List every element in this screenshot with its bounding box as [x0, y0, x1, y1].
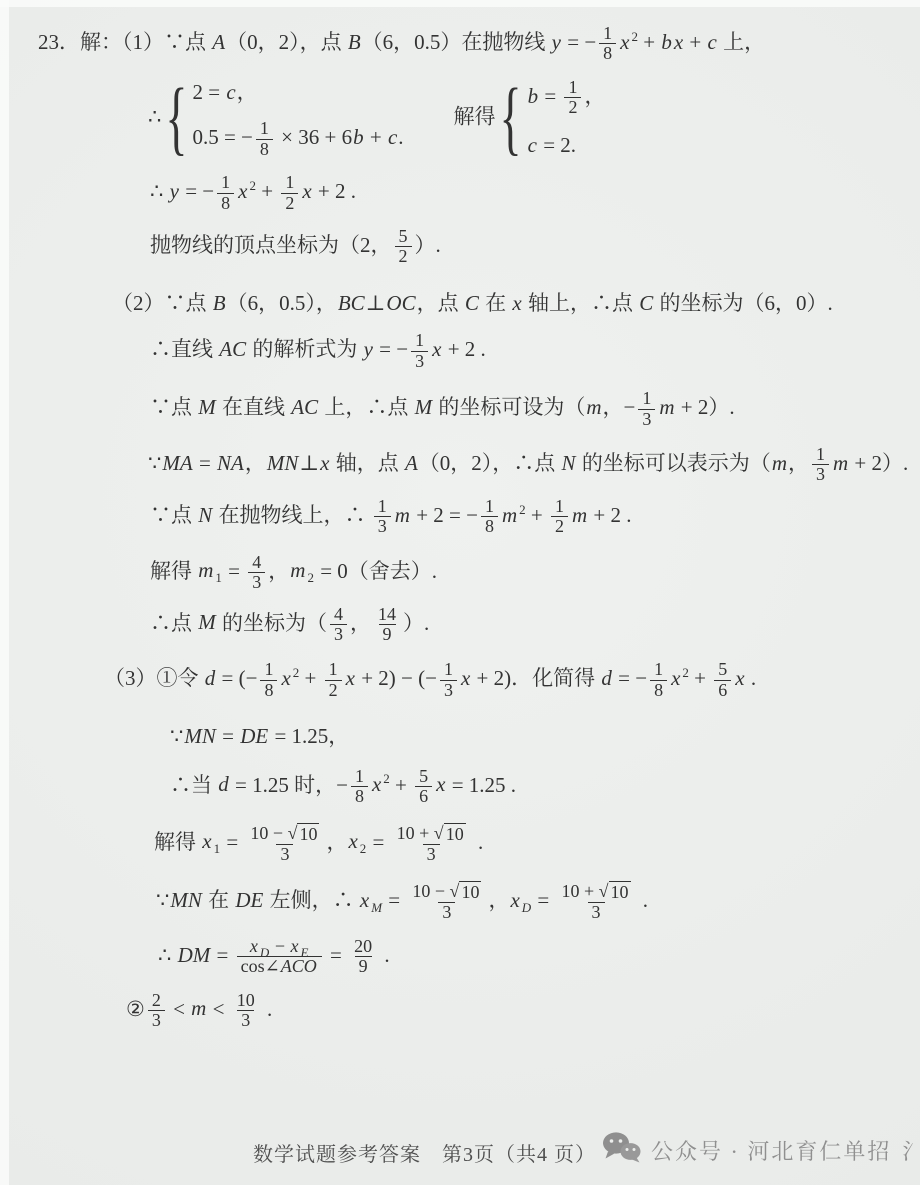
solution-line: ∵MN 在 DE 左侧，∴ xM = 10 − √103，xD = 10 + √… — [156, 881, 920, 923]
numerator: 2 — [148, 991, 165, 1010]
radicand: 10 — [297, 823, 319, 845]
numerator: xD − xE — [245, 937, 314, 956]
math-text: = 1.25， — [269, 724, 349, 748]
math-text: 2 = — [192, 80, 225, 104]
math-text: × 36 + 6 — [276, 125, 352, 149]
math-variable: b — [352, 125, 365, 149]
numerator: 5 — [415, 767, 432, 786]
math-text: = − — [374, 337, 408, 361]
math-text: 3 — [241, 1010, 250, 1030]
numerator: 1 — [351, 767, 368, 786]
footer-page-label: 数学试题参考答案 第3页（共4 页） — [253, 1138, 596, 1167]
subscript: 1 — [214, 841, 221, 856]
math-variable: A — [211, 30, 226, 54]
numerator: 14 — [374, 605, 400, 624]
math-text: 3 — [816, 464, 825, 484]
math-text: = — [211, 943, 233, 967]
math-variable: x — [435, 772, 446, 796]
math-text: + — [365, 125, 387, 149]
numerator: 4 — [248, 553, 265, 572]
numerator: 10 + √10 — [558, 881, 635, 903]
math-text: + 2 . — [588, 503, 631, 527]
math-text: 8 — [654, 680, 663, 700]
math-text: = 1.25 . — [446, 772, 516, 796]
exam-answer-page: 23．解：（1）∵点 A（0，2），点 B（6，0.5）在抛物线 y = −18… — [0, 0, 920, 1185]
math-variable: x — [371, 772, 382, 796]
math-text: 8 — [485, 516, 494, 536]
math-variable: b — [660, 30, 673, 54]
system-rows: 2 = c，0.5 = −18 × 36 + 6b + c. — [192, 78, 403, 159]
math-text: 抛物线的顶点坐标为（2， — [150, 233, 392, 257]
math-text: < — [207, 996, 229, 1020]
math-variable: x — [734, 666, 745, 690]
fraction: 149 — [374, 605, 400, 645]
solution-line: ∴{2 = c，0.5 = −18 × 36 + 6b + c.解得{b = 1… — [148, 78, 920, 159]
math-variable: x — [319, 451, 330, 475]
solution-line: ②23 < m < 103 . — [126, 991, 920, 1031]
math-text: 1 — [415, 330, 424, 350]
math-text: 10 + — [562, 881, 599, 901]
fraction: 56 — [714, 660, 731, 700]
superscript: 2 — [682, 665, 689, 680]
math-text: ∵ — [148, 451, 161, 475]
math-text: 9 — [359, 956, 368, 976]
math-text: = — [539, 84, 561, 108]
math-text: 1 — [816, 444, 825, 464]
fraction: 18 — [256, 119, 273, 159]
math-text: ∴ — [148, 104, 161, 128]
math-text: 2 — [399, 246, 408, 266]
radical-sign: √ — [599, 881, 609, 902]
math-variable: AC — [290, 395, 319, 419]
numerator: 10 − √10 — [408, 881, 485, 903]
math-variable: x — [673, 30, 684, 54]
radical-sign: √ — [288, 823, 298, 844]
math-text: = — [223, 558, 245, 582]
math-variable: B — [347, 30, 362, 54]
math-text: ∴点 — [150, 610, 197, 634]
denominator: 2 — [395, 246, 412, 266]
numerator: 1 — [256, 119, 273, 138]
math-variable: x — [619, 30, 630, 54]
math-text: = 2. — [538, 133, 576, 157]
math-text: ）. — [415, 233, 441, 257]
fraction: 18 — [351, 767, 368, 807]
math-text: 解得 — [454, 104, 496, 128]
math-text: + 2)．化简得 — [471, 666, 600, 690]
math-text: = — [383, 888, 405, 912]
denominator: 2 — [564, 97, 581, 117]
math-text: 4 — [334, 604, 343, 624]
math-text: . — [638, 888, 649, 912]
math-text: + — [684, 30, 706, 54]
math-text: （3）①令 — [104, 666, 204, 690]
math-text: 在 — [480, 291, 512, 315]
math-variable: x — [431, 337, 442, 361]
denominator: 3 — [812, 464, 829, 484]
math-text: 9 — [383, 624, 392, 644]
math-text: 8 — [603, 43, 612, 63]
denominator: 8 — [650, 680, 667, 700]
equation-system: {2 = c，0.5 = −18 × 36 + 6b + c. — [165, 78, 403, 159]
system-row: 0.5 = −18 × 36 + 6b + c. — [192, 119, 403, 159]
math-variable: M — [197, 395, 217, 419]
fraction: 56 — [415, 767, 432, 807]
math-text: 在直线 — [217, 395, 291, 419]
numerator: 1 — [281, 173, 298, 192]
solution-content: 23．解：（1）∵点 A（0，2），点 B（6，0.5）在抛物线 y = −18… — [0, 0, 920, 1031]
math-text: ⊥ — [299, 451, 319, 475]
math-text: 8 — [221, 193, 230, 213]
radicand: 10 — [459, 881, 481, 903]
math-text: 3 — [642, 409, 651, 429]
math-text: = 0（舍去）. — [315, 558, 437, 582]
math-text: + — [526, 503, 548, 527]
math-text: + 2 = − — [411, 503, 478, 527]
fraction: 13 — [411, 331, 428, 371]
denominator: 3 — [237, 1010, 254, 1030]
denominator: 3 — [411, 351, 428, 371]
math-variable: ACO — [280, 956, 318, 976]
math-variable: m — [394, 503, 411, 527]
math-text: 1 — [654, 659, 663, 679]
math-text: = − — [613, 666, 647, 690]
math-variable: m — [501, 503, 518, 527]
math-variable: MA — [161, 451, 193, 475]
denominator: 8 — [599, 43, 616, 63]
math-text: 4 — [252, 552, 261, 572]
math-text: ∴ — [150, 179, 169, 203]
math-text: + 2) − (− — [356, 666, 437, 690]
math-text: 2 — [329, 680, 338, 700]
math-variable: x — [509, 888, 520, 912]
math-variable: OC — [385, 291, 416, 315]
fraction: 18 — [217, 173, 234, 213]
math-text: 0.5 = − — [192, 125, 252, 149]
math-variable: d — [204, 666, 217, 690]
solution-line: ∴ y = −18x2 + 12x + 2 . — [150, 173, 920, 213]
math-text: ⊥ — [366, 291, 386, 315]
math-text: 3 — [427, 844, 436, 864]
math-text: 5 — [718, 659, 727, 679]
math-variable: m — [571, 503, 588, 527]
math-text: 的坐标为（6，0）. — [654, 291, 833, 315]
math-variable: DM — [177, 943, 212, 967]
fraction: 209 — [350, 937, 376, 977]
numerator: 4 — [330, 605, 347, 624]
math-text: = — [194, 451, 216, 475]
math-variable: x — [359, 888, 370, 912]
denominator: 8 — [351, 786, 368, 806]
math-variable: C — [638, 291, 654, 315]
math-text: ② — [126, 996, 145, 1020]
numerator: 1 — [551, 497, 568, 516]
math-text: 3 — [415, 351, 424, 371]
math-variable: y — [363, 337, 374, 361]
math-text: + — [638, 30, 660, 54]
subscript: D — [522, 900, 531, 915]
math-text: （6，0.5）在抛物线 — [362, 30, 551, 54]
math-text: . — [262, 996, 273, 1020]
numerator: 10 − √10 — [246, 823, 323, 845]
math-variable: x — [511, 291, 522, 315]
math-variable: DE — [239, 724, 269, 748]
math-text: 轴，点 — [330, 451, 404, 475]
denominator: 8 — [481, 516, 498, 536]
math-text: 2 — [152, 990, 161, 1010]
math-text: 10 — [237, 990, 255, 1010]
math-variable: BC — [337, 291, 366, 315]
wechat-icon — [602, 1131, 642, 1169]
math-variable: C — [464, 291, 480, 315]
math-text: 1 — [355, 766, 364, 786]
fraction: 13 — [812, 445, 829, 485]
math-variable: x — [301, 179, 312, 203]
fraction: 13 — [638, 389, 655, 429]
math-text: + 2）. — [676, 395, 735, 419]
math-variable: x — [345, 666, 356, 690]
fraction: 18 — [599, 24, 616, 64]
fraction: 12 — [325, 660, 342, 700]
denominator: 3 — [148, 1010, 165, 1030]
math-text: 1 — [568, 77, 577, 97]
math-variable: x — [289, 936, 299, 956]
math-variable: c — [527, 133, 538, 157]
math-variable: x — [201, 829, 212, 853]
fraction: xD − xEcos∠ACO — [237, 937, 322, 977]
math-text: 的坐标可设为（ — [433, 395, 585, 419]
solution-line: ∴当 d = 1.25 时，−18x2 + 56x = 1.25 . — [170, 767, 920, 807]
fraction: 12 — [564, 78, 581, 118]
math-text: 8 — [264, 680, 273, 700]
fraction: 18 — [650, 660, 667, 700]
clipped-character: 氵 — [902, 1135, 913, 1166]
math-text: 2 — [555, 516, 564, 536]
denominator: 9 — [379, 624, 396, 644]
math-text: ， — [788, 451, 809, 475]
math-text: ∵点 — [150, 503, 197, 527]
solution-line: ∴点 M 的坐标为（43，149）. — [150, 605, 920, 645]
math-variable: x — [670, 666, 681, 690]
math-text: . — [746, 666, 757, 690]
denominator: 8 — [260, 680, 277, 700]
math-text: ∴当 — [170, 772, 217, 796]
math-text: = 1.25 时，− — [230, 772, 348, 796]
math-text: . — [379, 943, 390, 967]
numerator: 20 — [350, 937, 376, 956]
math-variable: m — [197, 558, 214, 582]
math-text: + 2）. — [849, 451, 908, 475]
math-variable: x — [237, 179, 248, 203]
fraction: 10 + √103 — [558, 881, 635, 923]
math-text: 上，∴点 — [319, 395, 414, 419]
fraction: 103 — [233, 991, 259, 1031]
left-brace-icon: { — [165, 77, 187, 160]
denominator: 2 — [281, 193, 298, 213]
system-rows: b = 12，c = 2. — [527, 78, 606, 159]
equation-system: {b = 12，c = 2. — [500, 78, 606, 159]
math-text: ∴直线 — [150, 337, 218, 361]
math-text: 23．解：（1）∵点 — [38, 30, 211, 54]
math-variable: x — [249, 936, 259, 956]
solution-line: ∵MA = NA，MN⊥x 轴，点 A（0，2），∴点 N 的坐标可以表示为（m… — [148, 445, 920, 485]
math-text: ， — [245, 451, 266, 475]
fraction: 43 — [330, 605, 347, 645]
math-text: + 2 . — [442, 337, 485, 361]
numerator: 1 — [599, 24, 616, 43]
math-text: （6，0.5）， — [227, 291, 337, 315]
subscript: 1 — [215, 570, 222, 585]
solution-line: 23．解：（1）∵点 A（0，2），点 B（6，0.5）在抛物线 y = −18… — [38, 24, 920, 64]
math-text: 6 — [419, 786, 428, 806]
math-text: 10 − — [250, 823, 287, 843]
math-text: 解得 — [150, 558, 197, 582]
solution-line: （3）①令 d = (−18x2 + 12x + 2) − (−13x + 2)… — [104, 660, 920, 700]
math-text: ， — [350, 610, 371, 634]
math-text: < — [168, 996, 190, 1020]
math-text: 1 — [603, 23, 612, 43]
numerator: 1 — [260, 660, 277, 679]
numerator: 5 — [714, 660, 731, 679]
solution-line: 解得 x1 = 10 − √103，x2 = 10 + √103 . — [154, 823, 920, 865]
math-text: 左侧，∴ — [264, 888, 359, 912]
math-text: ， — [268, 558, 289, 582]
math-text: 8 — [260, 139, 269, 159]
wechat-account-label: 公众号 · 河北育仁单招 — [651, 1135, 891, 1166]
solution-line: ∴ DM = xD − xEcos∠ACO = 209 . — [158, 937, 920, 977]
math-text: = — [532, 888, 554, 912]
fraction: 13 — [374, 497, 391, 537]
math-text: ，点 — [417, 291, 464, 315]
fraction: 43 — [248, 553, 265, 593]
superscript: 2 — [519, 502, 526, 517]
subscript: E — [300, 945, 308, 960]
math-text: ， — [584, 84, 605, 108]
solution-line: ∴直线 AC 的解析式为 y = −13x + 2 . — [150, 331, 920, 371]
denominator: 2 — [551, 516, 568, 536]
math-text: （0，2），点 — [226, 30, 347, 54]
solution-line: 解得 m1 = 43，m2 = 0（舍去）. — [150, 553, 920, 593]
fraction: 18 — [481, 497, 498, 537]
math-text: ∵ — [170, 724, 183, 748]
math-text: 14 — [378, 604, 396, 624]
denominator: 8 — [217, 193, 234, 213]
math-text: 3 — [442, 902, 451, 922]
math-text: ，− — [603, 395, 636, 419]
superscript: 2 — [293, 665, 300, 680]
math-text: 在 — [203, 888, 235, 912]
math-text: （2）∵点 — [112, 291, 212, 315]
left-brace-icon: { — [500, 77, 522, 160]
denominator: 3 — [248, 572, 265, 592]
math-text: + — [390, 772, 412, 796]
sqrt-radical: √10 — [434, 823, 466, 845]
math-text: 8 — [355, 786, 364, 806]
radical-sign: √ — [450, 881, 460, 902]
math-text: = — [221, 829, 243, 853]
math-text: . — [398, 125, 403, 149]
math-text: 2 — [285, 193, 294, 213]
math-text: 3 — [592, 902, 601, 922]
numerator: 1 — [564, 78, 581, 97]
numerator: 1 — [325, 660, 342, 679]
math-text: 1 — [444, 659, 453, 679]
math-variable: m — [289, 558, 306, 582]
math-text: 10 − — [412, 881, 449, 901]
subscript: 2 — [307, 570, 314, 585]
numerator: 1 — [374, 497, 391, 516]
numerator: 10 — [233, 991, 259, 1010]
solution-line: （2）∵点 B（6，0.5），BC⊥OC，点 C 在 x 轴上，∴点 C 的坐标… — [112, 289, 920, 317]
math-text: 3 — [378, 516, 387, 536]
denominator: 3 — [440, 680, 457, 700]
math-text: 3 — [152, 1010, 161, 1030]
math-text: 1 — [378, 496, 387, 516]
math-variable: MN — [169, 888, 203, 912]
math-variable: M — [197, 610, 217, 634]
math-text: 轴上，∴点 — [523, 291, 639, 315]
math-text: 1 — [285, 172, 294, 192]
math-text: 1 — [221, 172, 230, 192]
math-text: 3 — [252, 572, 261, 592]
math-text: ， — [237, 80, 258, 104]
math-text: + — [299, 666, 321, 690]
system-row: 2 = c， — [192, 78, 403, 106]
solution-line: ∵MN = DE = 1.25， — [170, 722, 920, 750]
math-text: （0，2），∴点 — [419, 451, 561, 475]
denominator: 3 — [588, 902, 605, 922]
numerator: 1 — [812, 445, 829, 464]
system-row: c = 2. — [527, 131, 606, 159]
math-variable: M — [414, 395, 434, 419]
denominator: 3 — [438, 902, 455, 922]
math-text: 3 — [444, 680, 453, 700]
math-variable: c — [387, 125, 398, 149]
math-text: ∵点 — [150, 395, 197, 419]
numerator: 1 — [650, 660, 667, 679]
math-variable: m — [190, 996, 207, 1020]
math-text: = − — [562, 30, 596, 54]
math-variable: AC — [218, 337, 247, 361]
math-text: = — [367, 829, 389, 853]
math-text: 的坐标为（ — [217, 610, 327, 634]
math-text: 10 + — [397, 823, 434, 843]
fraction: 18 — [260, 660, 277, 700]
denominator: 3 — [276, 844, 293, 864]
solution-line: ∵点 M 在直线 AC 上，∴点 M 的坐标可设为（m，−13m + 2）. — [150, 389, 920, 429]
numerator: 10 + √10 — [393, 823, 470, 845]
math-text: ）. — [403, 610, 429, 634]
denominator: cos∠ACO — [237, 956, 322, 976]
math-variable: B — [212, 291, 227, 315]
math-text: 20 — [354, 936, 372, 956]
math-text: = − — [180, 179, 214, 203]
math-text: ∴ — [158, 943, 177, 967]
math-variable: c — [707, 30, 718, 54]
denominator: 3 — [374, 516, 391, 536]
superscript: 2 — [632, 29, 639, 44]
page-footer: 数学试题参考答案 第3页（共4 页） 公众号 · 河北育仁单招 氵 — [0, 1129, 920, 1169]
numerator: 5 — [395, 227, 412, 246]
math-text: ， — [488, 888, 509, 912]
sqrt-radical: √10 — [450, 881, 482, 903]
radicand: 10 — [444, 823, 466, 845]
math-text: 1 — [555, 496, 564, 516]
numerator: 1 — [481, 497, 498, 516]
math-variable: c — [225, 80, 236, 104]
denominator: 6 — [714, 680, 731, 700]
math-variable: N — [561, 451, 577, 475]
